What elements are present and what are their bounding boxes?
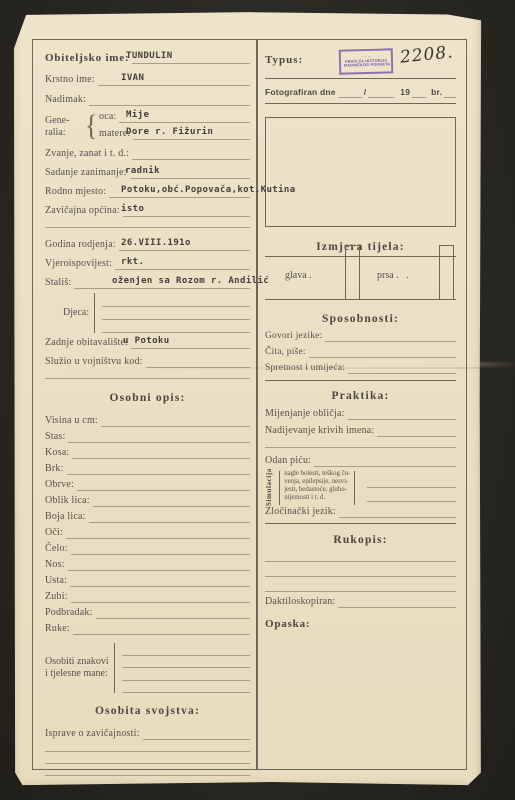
right-column: Typus: ·· ·· ·· ARHIV ZA HISTORIJU RADNI…	[257, 40, 466, 769]
photo-background: Obiteljsko ime: TUNDULIN Krstno ime: IVA…	[0, 0, 515, 800]
false-names-field: Nadijevanje krivih imena:	[265, 425, 456, 437]
body-measurements-table: glava . prsa . .	[265, 256, 456, 300]
personal-description-heading: Osobni opis:	[45, 392, 250, 404]
criminal-jargon-field: Zločinački jezik:	[265, 506, 456, 518]
military-service-label: Služio u vojništvu kod:	[45, 356, 146, 368]
blank-line	[367, 474, 456, 488]
fingerprinted-field: Daktiloskopiran:	[265, 596, 456, 608]
table-tab	[439, 245, 454, 257]
blank-line	[367, 488, 456, 502]
table-crease	[476, 362, 515, 367]
blank-line	[45, 763, 250, 764]
description-row: Čelo:	[45, 543, 250, 555]
birthplace-field: Rodno mjesto: Potoku,obć.Popovača,kot.Ku…	[45, 186, 250, 198]
special-traits-heading: Osobita svojstva:	[45, 705, 250, 717]
description-row: Podbradak:	[45, 607, 250, 619]
blank-line	[102, 320, 250, 333]
home-municipality-value: isto	[121, 204, 144, 214]
special-marks-brace	[114, 643, 115, 693]
citizenship-documents-label: Isprave o zavičajnosti:	[45, 728, 143, 740]
chest-measure-label: prsa . .	[377, 270, 409, 281]
description-row: Zubi:	[45, 591, 250, 603]
section-divider	[265, 78, 456, 79]
home-municipality-field: Zavičajna općina: isto	[45, 205, 250, 217]
description-row: Obrve:	[45, 479, 250, 491]
typus-label: Typus:	[265, 54, 303, 66]
handwriting-heading: Rukopis:	[265, 534, 456, 546]
photographed-label: Fotografiran dne	[265, 87, 338, 98]
generalia-field: Gene- ralia: { oca: Mije matere:	[45, 111, 250, 141]
archive-stamp-icon: ·· ·· ·· ARHIV ZA HISTORIJU RADNIČKOG PO…	[339, 48, 394, 74]
blank-line	[122, 668, 250, 681]
religion-value: rkt.	[121, 257, 144, 267]
marital-status-label: Stališ:	[45, 277, 74, 289]
children-field: Djeca:	[45, 293, 250, 333]
left-column: Obiteljsko ime: TUNDULIN Krstno ime: IVA…	[33, 40, 256, 769]
profession-field: Zvanje, zanat i t. d.:	[45, 148, 250, 160]
blank-line	[265, 561, 456, 562]
last-residence-label: Zadnje obitavalište:	[45, 337, 131, 349]
description-row: Ruke:	[45, 623, 250, 635]
generalia-label: Gene- ralia:	[45, 111, 85, 141]
citizenship-documents-field: Isprave o zavičajnosti:	[45, 728, 250, 740]
family-name-field: Obiteljsko ime: TUNDULIN	[45, 52, 250, 64]
description-row: Nos:	[45, 559, 250, 571]
remark-label: Opaska:	[265, 618, 456, 630]
father-value: Mije	[126, 110, 149, 120]
section-divider	[265, 103, 456, 104]
birth-year-label: Godina rodjenja:	[45, 239, 119, 251]
head-measure-label: glava .	[285, 270, 312, 281]
handwritten-number: 2208.	[399, 42, 454, 68]
birth-year-field: Godina rodjenja: 26.VIII.191o	[45, 239, 250, 251]
mother-value: Dore r. Fižurin	[126, 127, 213, 137]
blank-line	[122, 681, 250, 694]
first-name-field: Krstno ime: IVAN	[45, 74, 250, 86]
simulation-field: Simulacija nagle bolesti, teškog ču- ven…	[265, 470, 456, 506]
blank-line	[122, 643, 250, 656]
occupation-value: radnik	[125, 166, 160, 176]
children-label: Djeca:	[45, 307, 94, 319]
table-tab	[345, 245, 360, 257]
marital-status-field: Stališ: oženjen sa Rozom r. Andilić	[45, 277, 250, 289]
religion-label: Vjeroispovijest:	[45, 258, 115, 270]
nickname-field: Nadimak:	[45, 94, 250, 106]
nickname-label: Nadimak:	[45, 94, 89, 106]
description-row: Visina u cm:	[45, 415, 250, 427]
reads-writes-field: Čita, piše:	[265, 346, 456, 358]
section-divider	[265, 523, 456, 524]
photographed-field: Fotografiran dne / 19 br.	[265, 86, 456, 98]
description-row: Oblik lica:	[45, 495, 250, 507]
blank-line	[45, 786, 250, 787]
military-service-field: Služio u vojništvu kod:	[45, 356, 250, 368]
father-field: oca: Mije	[99, 111, 250, 123]
description-row: Kosa:	[45, 447, 250, 459]
nickname-line	[89, 94, 250, 106]
family-name-label: Obiteljsko ime:	[45, 52, 132, 64]
religion-field: Vjeroispovijest: rkt.	[45, 258, 250, 270]
marital-status-value: oženjen sa Rozom r. Andilić	[112, 276, 269, 286]
profession-label: Zvanje, zanat i t. d.:	[45, 148, 132, 160]
birthplace-label: Rodno mjesto:	[45, 186, 109, 198]
home-municipality-label: Zavičajna općina:	[45, 205, 123, 217]
simulation-description: nagle bolesti, teškog ču- venja, epileps…	[284, 470, 350, 506]
family-name-value: TUNDULIN	[126, 51, 173, 61]
children-brace	[94, 293, 95, 333]
typus-field: Typus: ·· ·· ·· ARHIV ZA HISTORIJU RADNI…	[265, 50, 456, 74]
form-border: Obiteljsko ime: TUNDULIN Krstno ime: IVA…	[32, 39, 467, 770]
first-name-label: Krstno ime:	[45, 74, 98, 86]
blank-line	[265, 447, 456, 448]
occupation-label: Sadanje zanimanje:	[45, 167, 130, 179]
body-measurement-heading: Izmjera tijela:	[265, 241, 456, 253]
blank-line	[45, 751, 250, 752]
skills-field: Spretnost i umijeća:	[265, 362, 456, 374]
practice-heading: Praktika:	[265, 390, 456, 402]
mother-field: matere: Dore r. Fižurin	[99, 128, 250, 140]
birthplace-value: Potoku,obć.Popovača,kot.Kutina	[121, 185, 296, 195]
blank-line	[45, 378, 250, 379]
special-marks-field: Osobiti znakovi i tjelesne mane:	[45, 643, 250, 693]
generalia-brace: {	[85, 109, 99, 144]
appearance-change-field: Mijenjanje obličja:	[265, 408, 456, 420]
blank-line	[265, 591, 456, 592]
speaks-languages-field: Govori jezike:	[265, 330, 456, 342]
special-marks-label: Osobiti znakovi i tjelesne mane:	[45, 656, 114, 680]
blank-line	[45, 775, 250, 776]
birth-year-value: 26.VIII.191o	[121, 238, 191, 248]
paper-sheet: Obiteljsko ime: TUNDULIN Krstno ime: IVA…	[13, 11, 483, 789]
blank-line	[265, 576, 456, 577]
blank-line	[102, 307, 250, 320]
simulation-vertical-label: Simulacija	[265, 470, 275, 506]
blank-line	[45, 796, 205, 797]
blank-line	[122, 656, 250, 669]
blank-line	[45, 227, 250, 228]
section-divider	[265, 380, 456, 381]
description-row: Oči:	[45, 527, 250, 539]
last-residence-field: Zadnje obitavalište: u Potoku	[45, 337, 250, 349]
blank-line	[102, 294, 250, 307]
last-residence-value: u Potoku	[123, 336, 170, 346]
father-label: oca:	[99, 111, 119, 123]
photo-placeholder-box	[265, 117, 456, 227]
description-row: Usta:	[45, 575, 250, 587]
description-row: Brk:	[45, 463, 250, 475]
occupation-field: Sadanje zanimanje: radnik	[45, 167, 250, 179]
abilities-heading: Sposobnosti:	[265, 313, 456, 325]
first-name-value: IVAN	[121, 73, 144, 83]
description-row: Stas:	[45, 431, 250, 443]
addicted-to-drink-field: Odan piću:	[265, 455, 456, 467]
description-row: Boja lica:	[45, 511, 250, 523]
